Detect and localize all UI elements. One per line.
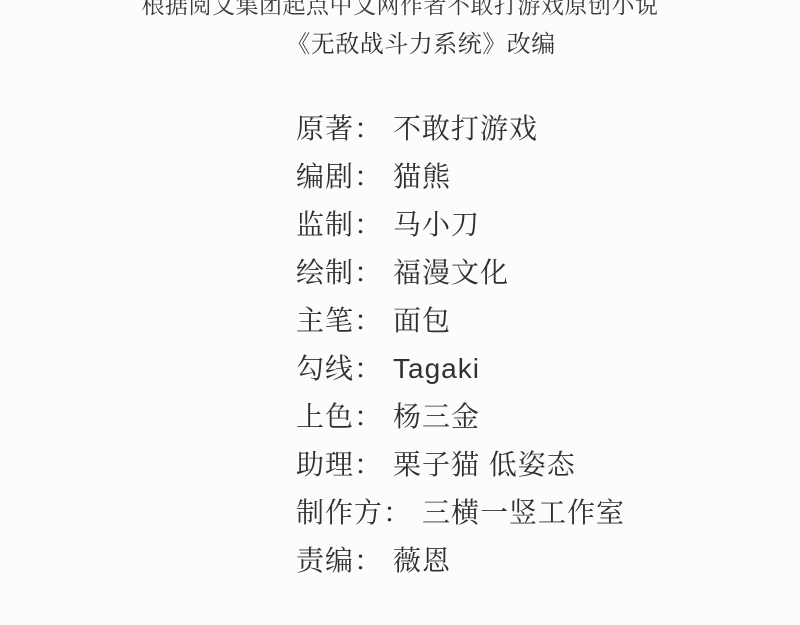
credit-colon: ： (354, 257, 383, 288)
credit-colon: ： (354, 353, 383, 384)
credit-name: 猫熊 (393, 161, 451, 192)
credit-name: 马小刀 (393, 209, 480, 240)
credit-name: 薇恩 (393, 545, 451, 576)
credit-colon: ： (354, 209, 383, 240)
credit-colon: ： (354, 161, 383, 192)
credit-name: 不敢打游戏 (393, 113, 538, 144)
credit-colon: ： (383, 497, 412, 528)
credit-colon: ： (354, 113, 383, 144)
credit-role: 监制 (296, 209, 354, 240)
adaptation-title-line: 《无敌战斗力系统》改编 (0, 29, 800, 61)
comic-credits-page: 根据阅文集团起点中文网作者不敢打游戏原创小说 《无敌战斗力系统》改编 原著：不敢… (0, 0, 800, 625)
credit-name: 福漫文化 (393, 257, 509, 288)
credit-row-original-author: 原著：不敢打游戏 (296, 105, 625, 153)
credit-row-assistants: 助理：栗子猫 低姿态 (296, 441, 625, 489)
credit-role: 上色 (296, 401, 354, 432)
credit-row-screenwriter: 编剧：猫熊 (296, 153, 625, 201)
credit-row-editor: 责编：薇恩 (296, 537, 625, 585)
credit-colon: ： (354, 449, 383, 480)
credit-role: 编剧 (296, 161, 354, 192)
source-attribution-line: 根据阅文集团起点中文网作者不敢打游戏原创小说 (0, 0, 800, 19)
credit-colon: ： (354, 545, 383, 576)
credit-row-lead-artist: 主笔：面包 (296, 297, 625, 345)
credit-colon: ： (354, 401, 383, 432)
credit-name: 三横一竖工作室 (422, 497, 625, 528)
credit-role: 绘制 (296, 257, 354, 288)
credit-name: 面包 (393, 305, 451, 336)
credit-row-coloring: 上色：杨三金 (296, 393, 625, 441)
credit-row-production-studio: 制作方：三横一竖工作室 (296, 489, 625, 537)
credit-role: 原著 (296, 113, 354, 144)
credit-name: 杨三金 (393, 401, 480, 432)
credit-role: 制作方 (296, 497, 383, 528)
credit-role: 勾线 (296, 353, 354, 384)
credit-row-line-art: 勾线：Tagaki (296, 345, 625, 393)
credit-role: 主笔 (296, 305, 354, 336)
credit-name: Tagaki (393, 353, 480, 384)
credit-colon: ： (354, 305, 383, 336)
credit-role: 助理 (296, 449, 354, 480)
credit-row-art-production: 绘制：福漫文化 (296, 249, 625, 297)
credit-role: 责编 (296, 545, 354, 576)
credit-row-supervisor: 监制：马小刀 (296, 201, 625, 249)
credits-list: 原著：不敢打游戏 编剧：猫熊 监制：马小刀 绘制：福漫文化 主笔：面包 勾线：T… (296, 105, 625, 585)
credit-name: 栗子猫 低姿态 (393, 449, 576, 480)
